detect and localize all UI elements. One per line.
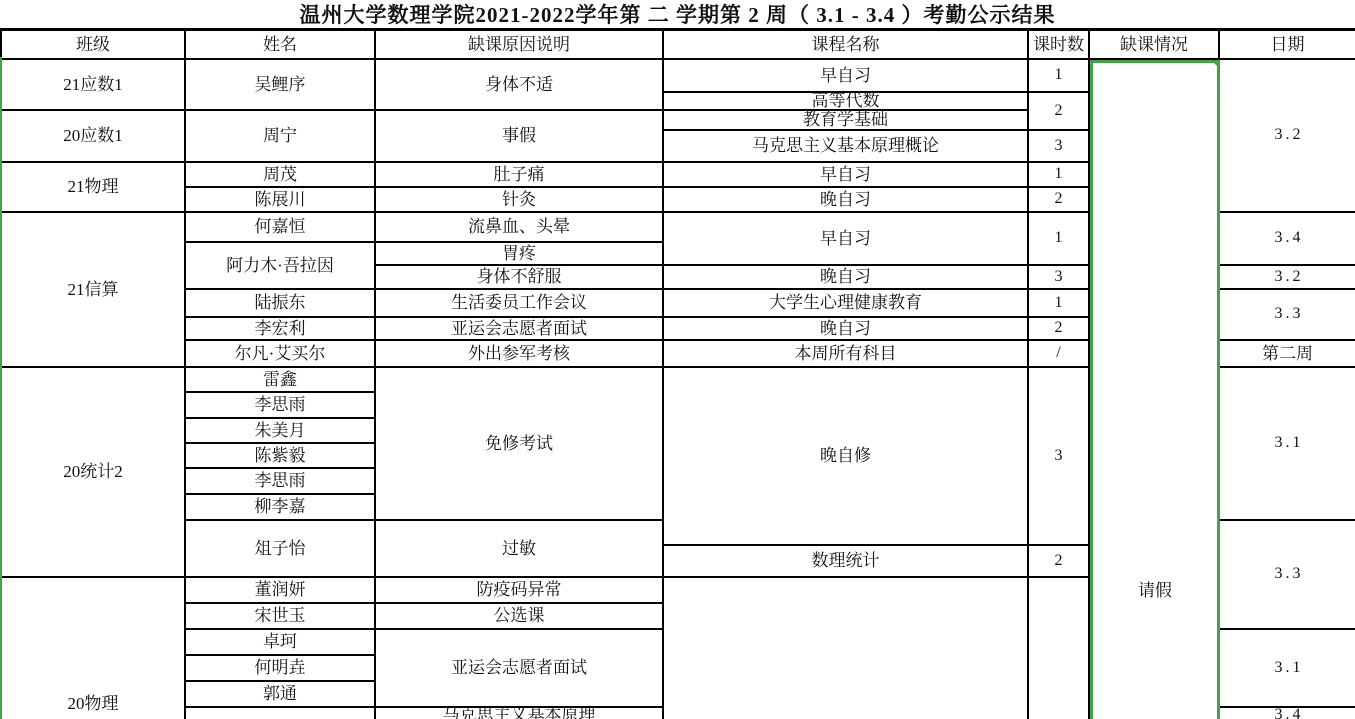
body-cell[interactable]: 第二周 (1220, 341, 1355, 368)
body-cell[interactable] (664, 578, 1029, 719)
body-cell[interactable]: 晚自习 (664, 188, 1029, 213)
body-cell[interactable]: 晚自习 (664, 266, 1029, 290)
body-cell[interactable]: 2 (1029, 93, 1090, 131)
body-cell[interactable]: 李思雨 (186, 469, 376, 495)
column-header[interactable]: 日期 (1220, 31, 1355, 60)
body-cell[interactable]: 3.1 (1220, 368, 1355, 521)
body-cell[interactable]: 肚子痛 (376, 163, 664, 188)
body-cell[interactable]: 早自习 (664, 213, 1029, 266)
body-cell[interactable]: 周茂 (186, 163, 376, 188)
body-cell[interactable]: 宋世玉 (186, 604, 376, 630)
body-cell[interactable]: 21物理 (2, 163, 186, 213)
body-cell[interactable]: 马克思主义基本原理概论 (664, 131, 1029, 163)
body-cell[interactable]: 公选课 (376, 604, 664, 630)
body-cell[interactable]: 早自习 (664, 60, 1029, 93)
body-cell[interactable]: 3.2 (1220, 60, 1355, 213)
body-cell[interactable]: 晚自修 (664, 368, 1029, 546)
body-cell[interactable]: 身体不适 (376, 60, 664, 111)
body-cell[interactable]: 3.1 (1220, 630, 1355, 708)
body-cell[interactable]: 柳李嘉 (186, 495, 376, 521)
body-cell[interactable]: 李宏利 (186, 318, 376, 341)
body-cell[interactable]: 3 (1029, 368, 1090, 546)
body-cell[interactable]: 20统计2 (2, 368, 186, 578)
body-cell[interactable]: 陈展川 (186, 188, 376, 213)
body-cell[interactable]: 1 (1029, 60, 1090, 93)
body-cell[interactable]: 晚自习 (664, 318, 1029, 341)
body-cell[interactable]: 陈紫毅 (186, 444, 376, 469)
body-cell[interactable]: 郭通 (186, 682, 376, 708)
column-header[interactable]: 课程名称 (664, 31, 1029, 60)
column-header[interactable]: 缺课原因说明 (376, 31, 664, 60)
body-cell[interactable]: 数理统计 (664, 546, 1029, 578)
body-cell[interactable]: 陆振东 (186, 290, 376, 318)
body-cell[interactable]: 21信算 (2, 213, 186, 368)
body-cell[interactable]: 大学生心理健康教育 (664, 290, 1029, 318)
body-cell[interactable]: 3 (1029, 266, 1090, 290)
selection-left-line (0, 57, 2, 719)
body-cell[interactable]: / (1029, 341, 1090, 368)
body-cell[interactable]: 教育学基础 (664, 111, 1029, 131)
body-cell[interactable]: 3.3 (1220, 290, 1355, 341)
absent-status-cell[interactable]: 请假 (1090, 60, 1220, 719)
body-cell[interactable]: 防疫码异常 (376, 578, 664, 604)
body-cell[interactable]: 3.2 (1220, 266, 1355, 290)
body-cell[interactable]: 3.4 (1220, 708, 1355, 719)
body-cell[interactable]: 2 (1029, 318, 1090, 341)
body-cell[interactable]: 流鼻血、头晕 (376, 213, 664, 243)
body-cell[interactable]: 早自习 (664, 163, 1029, 188)
body-cell[interactable]: 过敏 (376, 521, 664, 578)
body-cell[interactable]: 免修考试 (376, 368, 664, 521)
column-header[interactable]: 缺课情况 (1090, 31, 1220, 60)
body-cell[interactable]: 21应数1 (2, 60, 186, 111)
page-title: 温州大学数理学院2021-2022学年第 二 学期第 2 周（ 3.1 - 3.… (0, 0, 1355, 28)
body-cell[interactable]: 董润妍 (186, 578, 376, 604)
body-cell[interactable]: 针灸 (376, 188, 664, 213)
body-cell[interactable]: 1 (1029, 163, 1090, 188)
column-header[interactable]: 课时数 (1029, 31, 1090, 60)
body-cell[interactable]: 20物理 (2, 578, 186, 719)
body-cell[interactable]: 身体不舒服 (376, 266, 664, 290)
body-cell[interactable]: 3.4 (1220, 213, 1355, 266)
body-cell[interactable] (186, 708, 376, 719)
body-cell[interactable]: 3.3 (1220, 521, 1355, 630)
body-cell[interactable]: 雷鑫 (186, 368, 376, 393)
body-cell[interactable]: 尔凡·艾买尔 (186, 341, 376, 368)
body-cell[interactable]: 亚运会志愿者面试 (376, 318, 664, 341)
body-cell[interactable]: 本周所有科目 (664, 341, 1029, 368)
body-cell[interactable]: 马克思主义基本原理 (376, 708, 664, 719)
body-cell[interactable]: 阿力木·吾拉因 (186, 243, 376, 290)
body-cell[interactable]: 俎子怡 (186, 521, 376, 578)
body-cell[interactable]: 李思雨 (186, 393, 376, 419)
body-cell[interactable]: 高等代数 (664, 93, 1029, 111)
spreadsheet-page: 温州大学数理学院2021-2022学年第 二 学期第 2 周（ 3.1 - 3.… (0, 0, 1355, 719)
body-cell[interactable]: 2 (1029, 546, 1090, 578)
body-cell[interactable]: 吴鲤序 (186, 60, 376, 111)
body-cell[interactable] (1029, 578, 1090, 719)
body-cell[interactable]: 1 (1029, 213, 1090, 266)
column-header[interactable]: 班级 (2, 31, 186, 60)
body-cell[interactable]: 亚运会志愿者面试 (376, 630, 664, 708)
body-cell[interactable]: 胃疼 (376, 243, 664, 266)
body-cell[interactable]: 2 (1029, 188, 1090, 213)
column-header[interactable]: 姓名 (186, 31, 376, 60)
body-cell[interactable]: 何嘉恒 (186, 213, 376, 243)
body-cell[interactable]: 1 (1029, 290, 1090, 318)
body-cell[interactable]: 朱美月 (186, 419, 376, 444)
body-cell[interactable]: 外出参军考核 (376, 341, 664, 368)
body-cell[interactable]: 何明垚 (186, 656, 376, 682)
body-cell[interactable]: 生活委员工作会议 (376, 290, 664, 318)
attendance-grid: 班级姓名缺课原因说明课程名称课时数缺课情况日期21应数120应数121物理21信… (0, 28, 1355, 719)
body-cell[interactable]: 周宁 (186, 111, 376, 163)
body-cell[interactable]: 3 (1029, 131, 1090, 163)
body-cell[interactable]: 20应数1 (2, 111, 186, 163)
body-cell[interactable]: 卓珂 (186, 630, 376, 656)
body-cell[interactable]: 事假 (376, 111, 664, 163)
